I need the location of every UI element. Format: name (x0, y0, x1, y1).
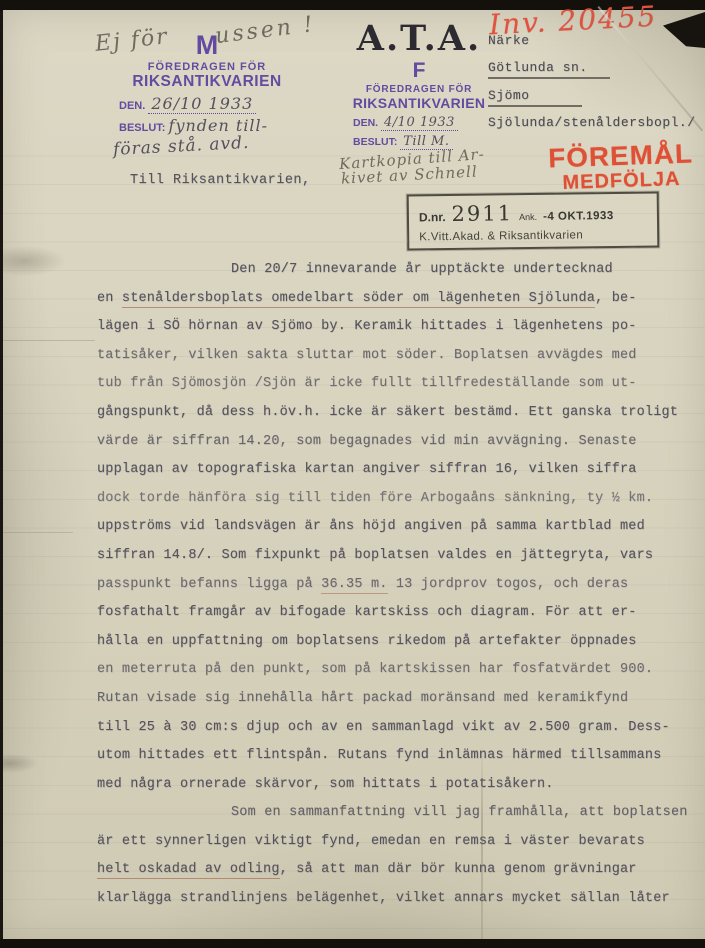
body-line-pre: till 25 à 30 cm:s djup och av en sammanl… (97, 720, 670, 735)
body-line: gångspunkt, då dess h.öv.h. icke är säke… (97, 399, 675, 428)
body-line-pre: klarlägga strandlinjens belägenhet, vilk… (97, 891, 670, 906)
stamp-f-den-label: DEN. (353, 117, 378, 129)
body-line: Rutan visade sig innehålla hårt packad m… (97, 685, 675, 714)
body-line: helt oskadad av odling, så att man där b… (97, 856, 675, 885)
body-line-pre: dock torde hänföra sig till tiden före A… (97, 491, 653, 506)
stamp-f-line1: FÖREDRAGEN FÖR (341, 84, 497, 95)
body-line-pre: Den 20/7 innevarande år upptäckte undert… (231, 262, 613, 277)
registry-dnr-number: 2911 (451, 201, 513, 226)
body-line-pre: Rutan visade sig innehålla hårt packad m… (97, 691, 628, 706)
stamp-f-letter: F (341, 60, 497, 81)
ata-heading: A.T.A. (335, 18, 503, 59)
body-line: är ett synnerligen viktigt fynd, emedan … (97, 828, 675, 857)
stamp-m-line1: FÖREDRAGEN FÖR (111, 61, 303, 73)
body-line: till 25 à 30 cm:s djup och av en sammanl… (97, 714, 675, 743)
body-line-pre: är ett synnerligen viktigt fynd, emedan … (97, 834, 645, 849)
body-line: lägen i SÖ hörnan av Sjömo by. Keramik h… (97, 313, 675, 342)
body-line: upplagan av topografiska kartan angiver … (97, 456, 675, 485)
salutation: Till Riksantikvarien, (130, 173, 311, 188)
body-line-pre: siffran 14.8/. Som fixpunkt på boplatsen… (97, 548, 653, 563)
body-line: en meterruta på den punkt, som på kartsk… (97, 656, 675, 685)
body-line-pre: värde är siffran 14.20, som begagnades v… (97, 434, 637, 449)
body-line: hålla en uppfattning om boplatsens riked… (97, 628, 675, 657)
header-province: Närke (488, 33, 530, 48)
body-line-pre: en (97, 291, 122, 306)
stamp-m-letter: M (111, 32, 303, 59)
letter-body: Den 20/7 innevarande år upptäckte undert… (97, 256, 675, 914)
stamp-registry-box: D.nr. 2911 Ank. -4 OKT.1933 K.Vitt.Akad.… (407, 191, 660, 250)
registry-date: -4 OKT.1933 (543, 210, 614, 223)
body-line-pre: hålla en uppfattning om boplatsens riked… (97, 634, 637, 649)
body-line-pre: gångspunkt, då dess h.öv.h. icke är säke… (97, 405, 678, 420)
body-line-underlined: helt oskadad av odling (97, 862, 280, 879)
stamp-foremal-line1: FÖREMÅL (534, 138, 705, 175)
body-line: passpunkt befanns ligga på 36.35 m. 13 j… (97, 571, 675, 600)
stamp-m-beslut-label: BESLUT: (119, 122, 165, 134)
stamp-m-date-row: DEN. 26/10 1933 (111, 94, 303, 113)
paper-crease-left-2 (3, 532, 73, 533)
stamp-foredragen-m: M FÖREDRAGEN FÖR RIKSANTIKVARIEN DEN. 26… (111, 32, 303, 155)
stamp-f-den-value: 4/10 1933 (381, 115, 458, 131)
body-line: tub från Sjömosjön /Sjön är icke fullt t… (97, 370, 675, 399)
body-line: värde är siffran 14.20, som begagnades v… (97, 428, 675, 457)
body-line: uppströms vid landsvägen är åns höjd ang… (97, 513, 675, 542)
body-line-underlined: 36.35 m. (321, 577, 387, 594)
body-line-pre: Som en sammanfattning vill jag framhålla… (231, 805, 688, 820)
registry-line1: D.nr. 2911 Ank. -4 OKT.1933 (419, 200, 649, 227)
body-line-pre: tub från Sjömosjön /Sjön är icke fullt t… (97, 376, 637, 391)
stamp-m-den-value: 26/10 1933 (148, 94, 256, 114)
body-line: med några ornerade skärvor, som hittats … (97, 771, 675, 800)
body-line: tatisåker, vilken sakta sluttar mot söde… (97, 342, 675, 371)
body-line: Den 20/7 innevarande år upptäckte undert… (97, 256, 675, 285)
body-line-pre: fosfathalt framgår av bifogade kartskiss… (97, 605, 637, 620)
body-line-pre: utom hittades ett flintspån. Rutans fynd… (97, 748, 662, 763)
stamp-m-den-label: DEN. (119, 100, 145, 112)
body-line: utom hittades ett flintspån. Rutans fynd… (97, 742, 675, 771)
registry-dnr-label: D.nr. (419, 210, 446, 224)
paper-crease-left-1 (3, 340, 95, 341)
body-line: siffran 14.8/. Som fixpunkt på boplatsen… (97, 542, 675, 571)
body-line-pre: tatisåker, vilken sakta sluttar mot söde… (97, 348, 637, 363)
scanner-background-bottom (0, 939, 705, 948)
body-line-post: , så att man där bör kunna genom grävnin… (280, 862, 637, 877)
registry-line2: K.Vitt.Akad. & Riksantikvarien (419, 229, 649, 244)
body-line: en stenåldersboplats omedelbart söder om… (97, 285, 675, 314)
body-line-underlined: stenåldersboplats omedelbart söder om lä… (122, 291, 595, 308)
stamp-foredragen-f: F FÖREDRAGEN FÖR RIKSANTIKVARIEN DEN. 4/… (341, 60, 497, 149)
body-line-pre: upplagan av topografiska kartan angiver … (97, 462, 637, 477)
stamp-f-line2: RIKSANTIKVARIEN (341, 95, 497, 111)
body-line-post: , be- (595, 291, 637, 306)
body-line: dock torde hänföra sig till tiden före A… (97, 485, 675, 514)
header-parish: Götlunda sn. (488, 60, 610, 79)
body-line-pre: passpunkt befanns ligga på (97, 577, 321, 592)
body-line-pre: en meterruta på den punkt, som på kartsk… (97, 662, 653, 677)
header-village: Sjömo (488, 88, 582, 107)
body-line-pre: uppströms vid landsvägen är åns höjd ang… (97, 519, 645, 534)
stamp-f-date-row: DEN. 4/10 1933 (341, 115, 497, 130)
registry-ank-label: Ank. (519, 212, 537, 222)
stamp-f-beslut-label: BESLUT: (353, 136, 397, 148)
body-line: fosfathalt framgår av bifogade kartskiss… (97, 599, 675, 628)
letter-paper: Ej för ussen ! M FÖREDRAGEN FÖR RIKSANTI… (3, 10, 705, 940)
header-village-text: Sjömo (488, 88, 582, 107)
stamp-m-line2: RIKSANTIKVARIEN (111, 73, 303, 91)
header-site: Sjölunda/stenåldersbopl./ (488, 115, 696, 130)
body-line: Som en sammanfattning vill jag framhålla… (97, 799, 675, 828)
body-line: klarlägga strandlinjens belägenhet, vilk… (97, 885, 675, 914)
body-line-pre: med några ornerade skärvor, som hittats … (97, 777, 554, 792)
body-line-pre: lägen i SÖ hörnan av Sjömo by. Keramik h… (97, 319, 637, 334)
scanned-letter: Ej för ussen ! M FÖREDRAGEN FÖR RIKSANTI… (0, 0, 705, 948)
body-line-post: 13 jordprov togos, och deras (388, 577, 629, 592)
header-parish-text: Götlunda sn. (488, 60, 610, 79)
stamp-foremal-medfolja: FÖREMÅL MEDFÖLJA (536, 138, 705, 196)
